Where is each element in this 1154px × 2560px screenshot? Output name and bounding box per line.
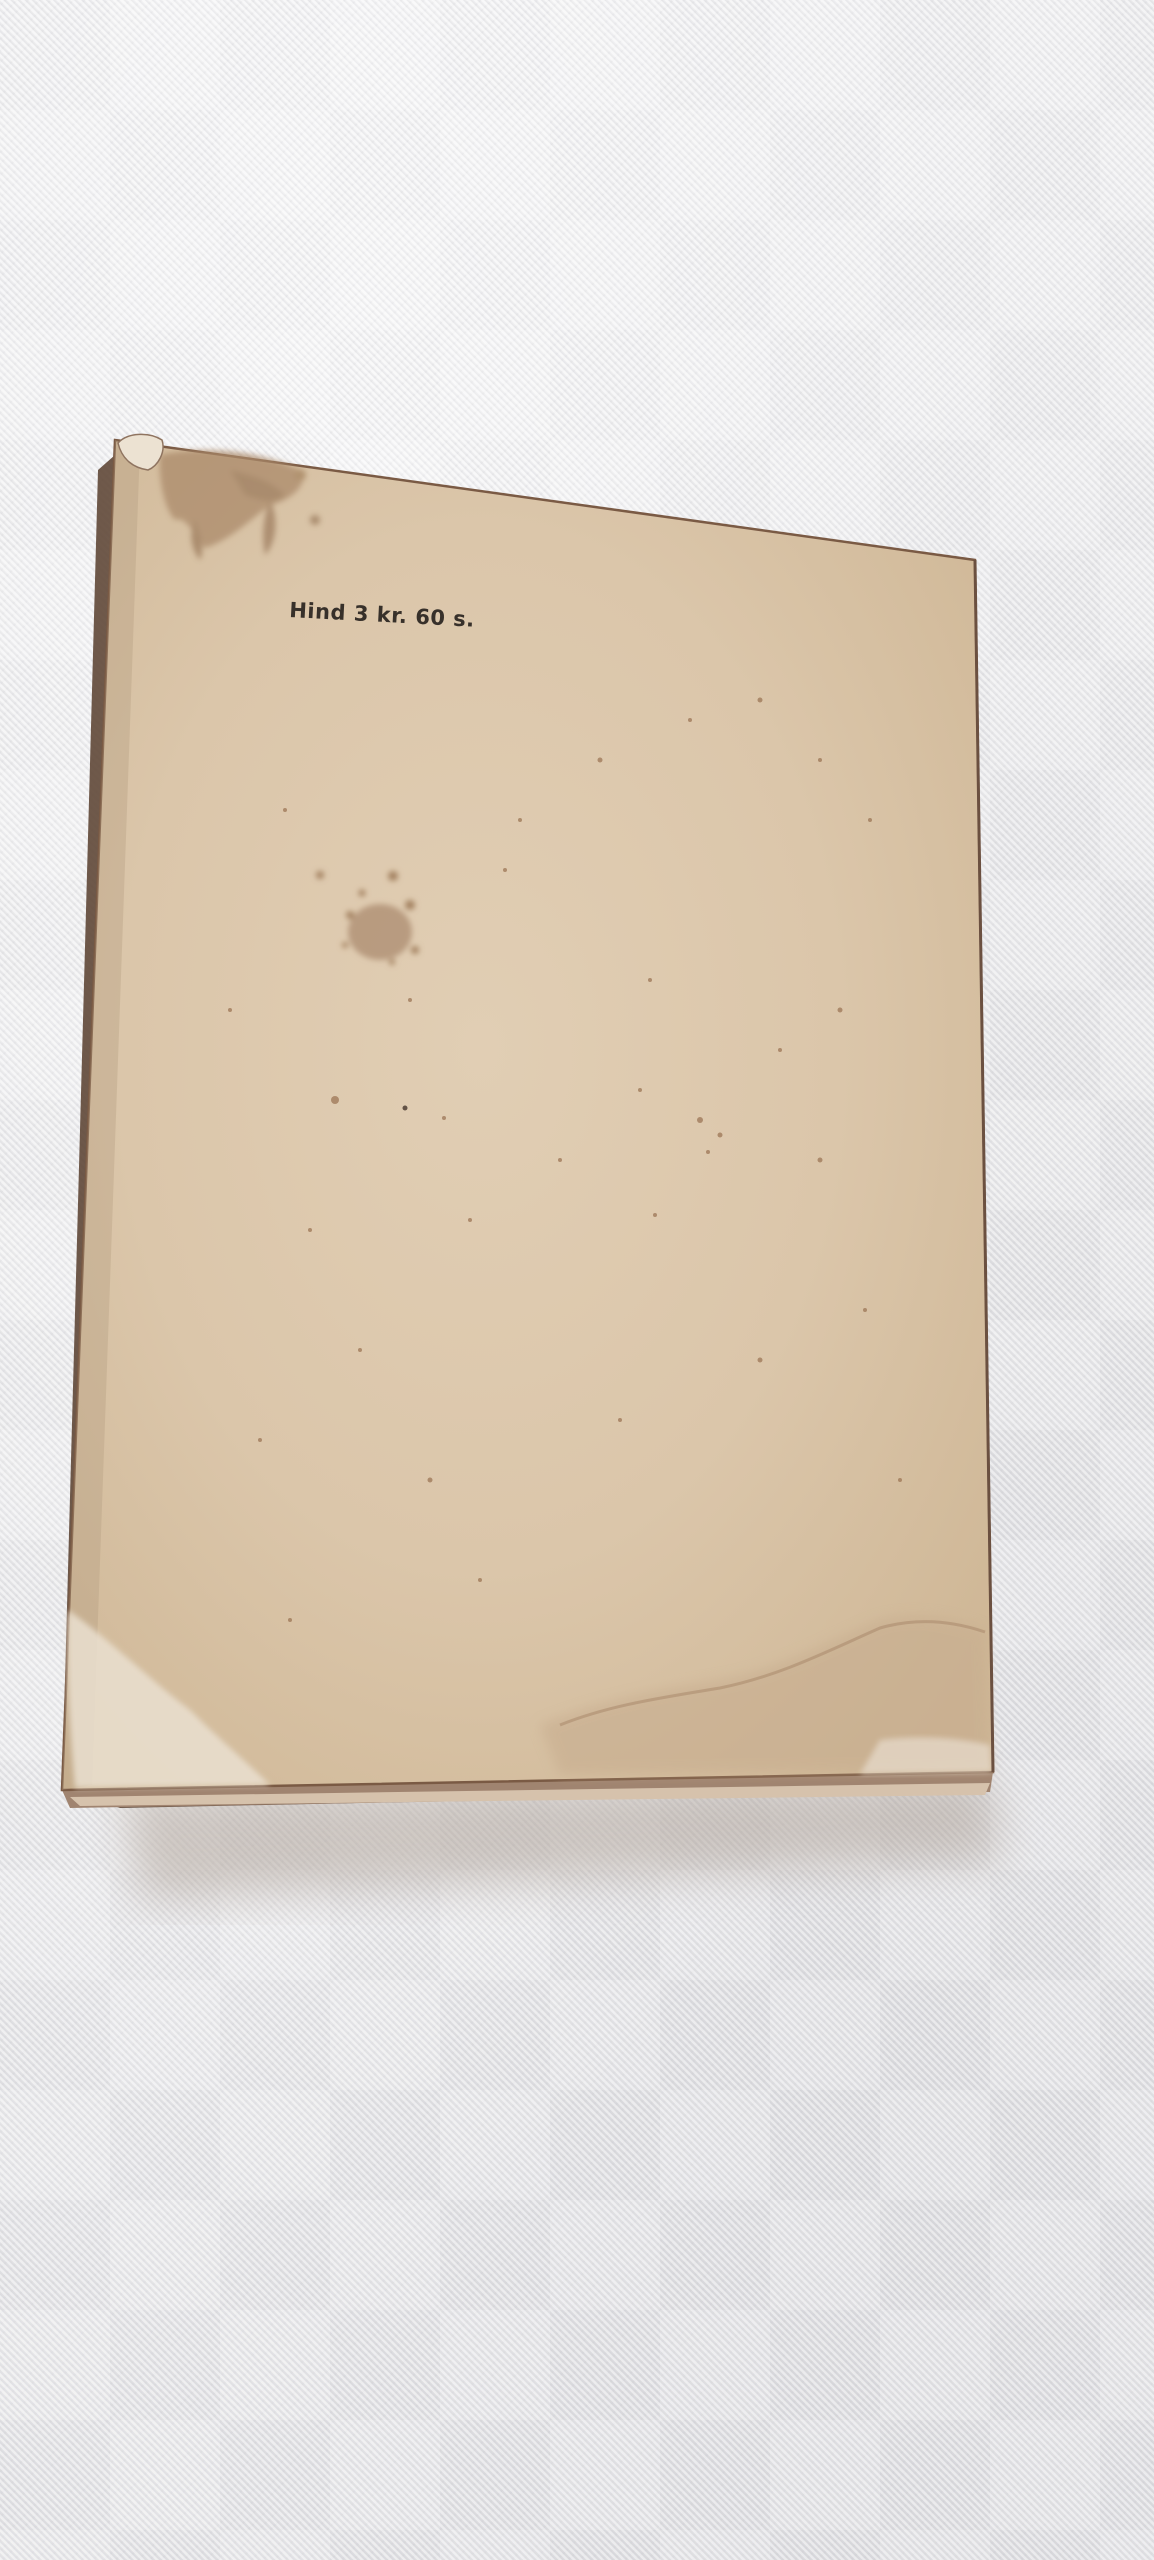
book [0,0,1154,2560]
photo-scene: Hind 3 kr. 60 s. [0,0,1154,2560]
book-back-cover [62,440,993,1790]
